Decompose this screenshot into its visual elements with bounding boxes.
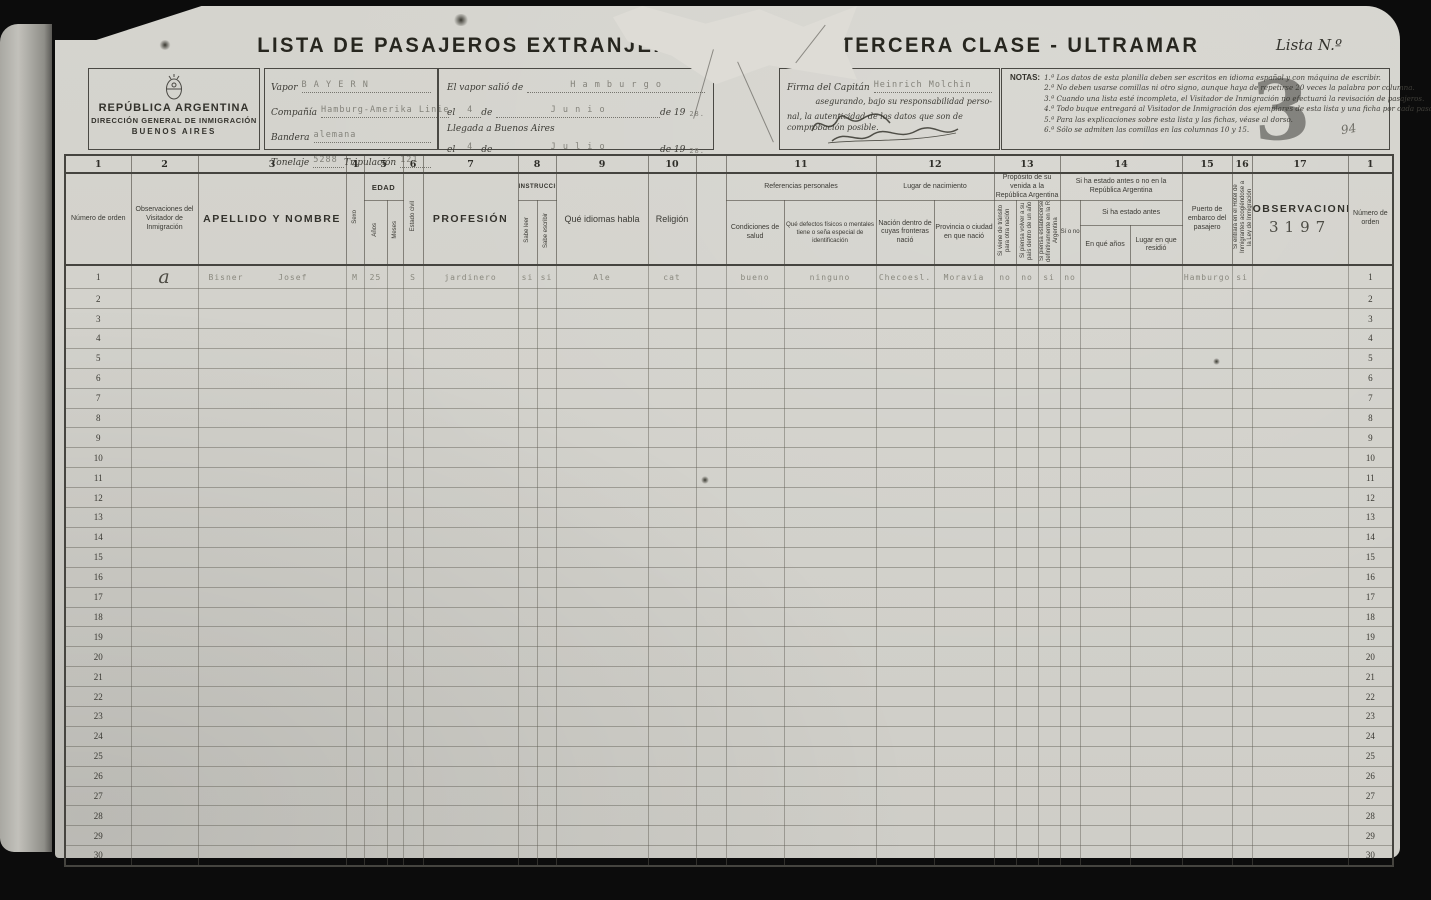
cell-n2: 7 — [1348, 388, 1393, 408]
cell-provincia — [934, 428, 994, 448]
cell-puerto — [1182, 289, 1232, 309]
cell-escribir — [537, 607, 556, 627]
cell-nacion — [876, 746, 934, 766]
cell-religion — [648, 348, 696, 368]
cell-antes — [1060, 647, 1080, 667]
cell-salud — [726, 746, 784, 766]
cell-lugar_res — [1130, 706, 1182, 726]
cell-name — [198, 746, 346, 766]
cell-visitador — [131, 468, 198, 488]
cell-observaciones — [1252, 766, 1348, 786]
cell-name — [198, 289, 346, 309]
voyage-box: El vapor salió de H a m b u r g o el 4 d… — [438, 68, 714, 150]
cell-sexo — [346, 647, 364, 667]
cell-profesion — [423, 667, 518, 687]
cell-observaciones — [1252, 289, 1348, 309]
cell-spacer — [696, 766, 726, 786]
cell-leer — [518, 348, 537, 368]
header-spacer-column — [696, 173, 726, 265]
cell-name — [198, 348, 346, 368]
cell-n2: 10 — [1348, 448, 1393, 468]
cell-salud — [726, 289, 784, 309]
cell-estado — [403, 448, 423, 468]
cell-sexo — [346, 309, 364, 329]
cell-profesion — [423, 547, 518, 567]
coat-of-arms-icon — [163, 73, 185, 101]
cell-leer — [518, 726, 537, 746]
cell-n2: 9 — [1348, 428, 1393, 448]
cell-visitador — [131, 488, 198, 508]
header-condiciones-salud: Condiciones de salud — [726, 201, 784, 266]
cell-escribir — [537, 428, 556, 448]
cell-meses — [387, 348, 403, 368]
table-row: 3030 — [65, 846, 1393, 866]
cell-spacer — [696, 508, 726, 528]
cell-meses — [387, 488, 403, 508]
cell-name — [198, 587, 346, 607]
cell-n2: 20 — [1348, 647, 1393, 667]
cell-provincia — [934, 329, 994, 349]
cell-visitador — [131, 607, 198, 627]
cell-name: Bisner Josef — [198, 265, 346, 289]
cell-volver — [1016, 368, 1038, 388]
colnum-9: 9 — [556, 155, 648, 173]
cell-sexo — [346, 348, 364, 368]
cell-religion — [648, 388, 696, 408]
cell-meses — [387, 448, 403, 468]
table-row: 99 — [65, 428, 1393, 448]
cell-en_anos — [1080, 448, 1130, 468]
cell-profesion — [423, 826, 518, 846]
cell-visitador — [131, 527, 198, 547]
cell-escribir — [537, 726, 556, 746]
cell-visitador — [131, 726, 198, 746]
cell-observaciones — [1252, 309, 1348, 329]
cell-observaciones — [1252, 647, 1348, 667]
cell-anos — [364, 806, 387, 826]
cell-antes: no — [1060, 265, 1080, 289]
cell-nacion — [876, 726, 934, 746]
cell-lugar_res — [1130, 587, 1182, 607]
cell-hotel — [1232, 408, 1252, 428]
cell-puerto: Hamburgo — [1182, 265, 1232, 289]
cell-leer — [518, 309, 537, 329]
cell-puerto — [1182, 746, 1232, 766]
cell-salud: bueno — [726, 265, 784, 289]
cell-provincia — [934, 766, 994, 786]
cell-profesion — [423, 607, 518, 627]
cell-sexo — [346, 527, 364, 547]
cell-name — [198, 388, 346, 408]
header-ha-estado-antes-group: Si ha estado antes — [1080, 201, 1182, 226]
cell-nacion — [876, 508, 934, 528]
table-header: 1 2 3 4 5 6 7 8 9 10 11 12 13 14 15 16 — [65, 155, 1393, 265]
cell-observaciones — [1252, 687, 1348, 707]
compania-value: Hamburg-Amerika Linie — [321, 105, 449, 115]
cell-volver — [1016, 826, 1038, 846]
table-row: 2222 — [65, 687, 1393, 707]
cell-escribir — [537, 408, 556, 428]
cell-defectos — [784, 726, 876, 746]
cell-religion — [648, 508, 696, 528]
cell-defectos — [784, 388, 876, 408]
cell-meses — [387, 726, 403, 746]
cell-anos — [364, 766, 387, 786]
cell-spacer — [696, 265, 726, 289]
cell-transito — [994, 527, 1016, 547]
colnum-13: 13 — [994, 155, 1060, 173]
cell-provincia — [934, 826, 994, 846]
cell-religion — [648, 587, 696, 607]
cell-anos — [364, 508, 387, 528]
bandera-label: Bandera — [271, 133, 310, 143]
cell-spacer — [696, 746, 726, 766]
cell-sexo — [346, 587, 364, 607]
cell-name — [198, 567, 346, 587]
cell-en_anos — [1080, 348, 1130, 368]
cell-en_anos — [1080, 508, 1130, 528]
cell-defectos — [784, 667, 876, 687]
cell-leer — [518, 806, 537, 826]
cell-meses — [387, 766, 403, 786]
cell-volver — [1016, 706, 1038, 726]
cell-defectos — [784, 627, 876, 647]
cell-hotel — [1232, 726, 1252, 746]
cell-antes — [1060, 567, 1080, 587]
cell-visitador — [131, 687, 198, 707]
cell-lugar_res — [1130, 408, 1182, 428]
table-row: 1919 — [65, 627, 1393, 647]
cell-leer — [518, 428, 537, 448]
cell-antes — [1060, 746, 1080, 766]
org-direction: DIRECCIÓN GENERAL DE INMIGRACIÓN — [89, 116, 259, 125]
page-number-stamp: 3 — [1250, 68, 1313, 154]
cell-escribir — [537, 388, 556, 408]
header-establecerse: Si piensa establecerse definitivamente e… — [1038, 201, 1060, 266]
captain-name: Heinrich Molchin — [874, 80, 972, 90]
cell-hotel — [1232, 309, 1252, 329]
cell-idiomas — [556, 508, 648, 528]
cell-transito — [994, 567, 1016, 587]
cell-profesion — [423, 567, 518, 587]
cell-idiomas — [556, 587, 648, 607]
cell-hotel — [1232, 289, 1252, 309]
nota-item-5: 5.ª Para las explicaciones sobre esta li… — [1044, 115, 1431, 125]
cell-profesion — [423, 687, 518, 707]
cell-provincia — [934, 806, 994, 826]
sailed-day: 4 — [467, 105, 473, 115]
cell-nacion — [876, 289, 934, 309]
cell-provincia — [934, 746, 994, 766]
cell-provincia — [934, 567, 994, 587]
cell-profesion — [423, 428, 518, 448]
cell-spacer — [696, 587, 726, 607]
cell-transito — [994, 508, 1016, 528]
cell-lugar_res — [1130, 468, 1182, 488]
colnum-11: 11 — [726, 155, 876, 173]
cell-idiomas — [556, 786, 648, 806]
cell-profesion — [423, 846, 518, 866]
cell-anos — [364, 368, 387, 388]
cell-n: 11 — [65, 468, 131, 488]
cell-transito — [994, 547, 1016, 567]
cell-en_anos — [1080, 567, 1130, 587]
cell-transito — [994, 488, 1016, 508]
cell-en_anos — [1080, 527, 1130, 547]
cell-idiomas — [556, 607, 648, 627]
cell-lugar_res — [1130, 766, 1182, 786]
cell-establecerse — [1038, 388, 1060, 408]
cell-transito — [994, 786, 1016, 806]
cell-hotel — [1232, 448, 1252, 468]
cell-transito — [994, 468, 1016, 488]
cell-escribir — [537, 786, 556, 806]
cell-religion — [648, 826, 696, 846]
cell-lugar_res — [1130, 667, 1182, 687]
cell-defectos — [784, 766, 876, 786]
cell-religion — [648, 647, 696, 667]
cell-leer — [518, 687, 537, 707]
header-puerto-embarco: Puerto de embarco del pasajero — [1182, 173, 1232, 265]
header-edad-group: EDAD — [364, 173, 403, 201]
cell-name — [198, 806, 346, 826]
cell-spacer — [696, 806, 726, 826]
cell-salud — [726, 508, 784, 528]
cell-hotel — [1232, 687, 1252, 707]
cell-defectos — [784, 706, 876, 726]
cell-spacer — [696, 567, 726, 587]
cell-spacer — [696, 329, 726, 349]
cell-en_anos — [1080, 846, 1130, 866]
cell-n2: 24 — [1348, 726, 1393, 746]
cell-spacer — [696, 547, 726, 567]
cell-sexo — [346, 627, 364, 647]
cell-puerto — [1182, 388, 1232, 408]
cell-n2: 17 — [1348, 587, 1393, 607]
cell-estado — [403, 647, 423, 667]
cell-idiomas — [556, 746, 648, 766]
cell-defectos — [784, 289, 876, 309]
cell-puerto — [1182, 368, 1232, 388]
cell-n: 4 — [65, 329, 131, 349]
cell-visitador — [131, 547, 198, 567]
cell-idiomas: Ale — [556, 265, 648, 289]
cell-sexo — [346, 488, 364, 508]
cell-meses — [387, 309, 403, 329]
cell-observaciones — [1252, 265, 1348, 289]
cell-salud — [726, 388, 784, 408]
cell-defectos — [784, 846, 876, 866]
cell-provincia — [934, 309, 994, 329]
cell-antes — [1060, 468, 1080, 488]
cell-observaciones — [1252, 348, 1348, 368]
cell-observaciones — [1252, 826, 1348, 846]
cell-establecerse — [1038, 567, 1060, 587]
cell-lugar_res — [1130, 627, 1182, 647]
cell-defectos — [784, 567, 876, 587]
cell-name — [198, 408, 346, 428]
cell-volver — [1016, 647, 1038, 667]
cell-name — [198, 846, 346, 866]
cell-puerto — [1182, 408, 1232, 428]
header-lugar-nacimiento-group: Lugar de nacimiento — [876, 173, 994, 201]
header-observaciones-label: OBSERVACIONES — [1253, 203, 1348, 215]
cell-escribir — [537, 527, 556, 547]
cell-provincia — [934, 527, 994, 547]
paper-stain — [1213, 358, 1220, 365]
cell-provincia — [934, 667, 994, 687]
arrival-month: J u l i o — [551, 142, 606, 152]
cell-visitador — [131, 766, 198, 786]
cell-visitador — [131, 706, 198, 726]
cell-profesion — [423, 726, 518, 746]
cell-salud — [726, 567, 784, 587]
cell-meses — [387, 826, 403, 846]
cell-visitador — [131, 806, 198, 826]
cell-meses — [387, 408, 403, 428]
cell-nacion — [876, 766, 934, 786]
cell-estado — [403, 388, 423, 408]
cell-lugar_res — [1130, 265, 1182, 289]
cell-escribir — [537, 309, 556, 329]
cell-establecerse — [1038, 368, 1060, 388]
cell-puerto — [1182, 428, 1232, 448]
cell-n: 3 — [65, 309, 131, 329]
cell-n: 15 — [65, 547, 131, 567]
vapor-label: Vapor — [271, 83, 298, 93]
table-row: 2626 — [65, 766, 1393, 786]
cell-establecerse — [1038, 488, 1060, 508]
cell-puerto — [1182, 607, 1232, 627]
cell-sexo — [346, 846, 364, 866]
cell-meses — [387, 647, 403, 667]
cell-anos — [364, 468, 387, 488]
cell-establecerse: si — [1038, 265, 1060, 289]
cell-establecerse — [1038, 468, 1060, 488]
cell-sexo — [346, 826, 364, 846]
cell-name — [198, 766, 346, 786]
cell-en_anos — [1080, 766, 1130, 786]
bandera-field: Bandera alemana — [271, 124, 431, 143]
table-row: 2727 — [65, 786, 1393, 806]
cell-hotel — [1232, 508, 1252, 528]
cell-establecerse — [1038, 348, 1060, 368]
table-row: 2020 — [65, 647, 1393, 667]
cell-religion — [648, 329, 696, 349]
cell-sexo — [346, 706, 364, 726]
cell-spacer — [696, 706, 726, 726]
header-numero-orden-left: Número de orden — [65, 173, 131, 265]
cell-en_anos — [1080, 806, 1130, 826]
cell-observaciones — [1252, 846, 1348, 866]
header-row-1: Número de orden Observaciones del Visita… — [65, 173, 1393, 201]
header-instruccion-group: INSTRUCCIÓN — [518, 173, 556, 201]
cell-estado — [403, 746, 423, 766]
cell-observaciones — [1252, 726, 1348, 746]
cell-leer — [518, 368, 537, 388]
cell-idiomas — [556, 826, 648, 846]
cell-salud — [726, 547, 784, 567]
cell-n: 13 — [65, 508, 131, 528]
cell-n2: 25 — [1348, 746, 1393, 766]
cell-salud — [726, 368, 784, 388]
header-provincia: Provincia o ciudad en que nació — [934, 201, 994, 266]
cell-anos — [364, 826, 387, 846]
cell-name — [198, 627, 346, 647]
cell-leer — [518, 468, 537, 488]
cell-idiomas — [556, 627, 648, 647]
header-anos: Años — [364, 201, 387, 266]
cell-defectos — [784, 587, 876, 607]
cell-volver — [1016, 667, 1038, 687]
cell-profesion — [423, 468, 518, 488]
cell-profesion — [423, 408, 518, 428]
cell-visitador — [131, 667, 198, 687]
cell-sexo — [346, 428, 364, 448]
cell-escribir — [537, 468, 556, 488]
cell-en_anos — [1080, 587, 1130, 607]
cell-antes — [1060, 547, 1080, 567]
cell-meses — [387, 786, 403, 806]
cell-volver — [1016, 587, 1038, 607]
cell-transito — [994, 726, 1016, 746]
header-estado-civil: Estado civil — [403, 173, 423, 265]
cell-name — [198, 448, 346, 468]
cell-establecerse — [1038, 726, 1060, 746]
cell-profesion — [423, 368, 518, 388]
cell-religion — [648, 289, 696, 309]
passenger-table: 1 2 3 4 5 6 7 8 9 10 11 12 13 14 15 16 — [64, 154, 1394, 867]
cell-transito — [994, 746, 1016, 766]
cell-volver — [1016, 627, 1038, 647]
cell-lugar_res — [1130, 508, 1182, 528]
cell-transito — [994, 388, 1016, 408]
cell-provincia — [934, 388, 994, 408]
cell-volver — [1016, 289, 1038, 309]
cell-observaciones — [1252, 607, 1348, 627]
cell-salud — [726, 706, 784, 726]
cell-meses — [387, 547, 403, 567]
cell-hotel — [1232, 527, 1252, 547]
cell-antes — [1060, 706, 1080, 726]
bandera-value: alemana — [314, 130, 357, 140]
sailed-el: el — [447, 108, 455, 118]
cell-n2: 15 — [1348, 547, 1393, 567]
cell-puerto — [1182, 567, 1232, 587]
header-observaciones: OBSERVACIONES 3197 — [1252, 173, 1348, 265]
cell-en_anos — [1080, 647, 1130, 667]
header-transito: Si viene de tránsito para otra nación — [994, 201, 1016, 266]
colnum-17: 17 — [1252, 155, 1348, 173]
cell-establecerse — [1038, 527, 1060, 547]
cell-name — [198, 488, 346, 508]
cell-visitador — [131, 647, 198, 667]
ship-box: Vapor B A Y E R N Compañía Hamburg-Ameri… — [264, 68, 438, 150]
cell-observaciones — [1252, 428, 1348, 448]
cell-name — [198, 726, 346, 746]
cell-sexo — [346, 408, 364, 428]
cell-name — [198, 428, 346, 448]
cell-antes — [1060, 488, 1080, 508]
cell-defectos — [784, 527, 876, 547]
cell-en_anos — [1080, 289, 1130, 309]
cell-observaciones — [1252, 368, 1348, 388]
cell-leer — [518, 408, 537, 428]
colnum-4: 4 — [346, 155, 364, 173]
cell-anos — [364, 448, 387, 468]
cell-anos — [364, 547, 387, 567]
cell-defectos — [784, 607, 876, 627]
